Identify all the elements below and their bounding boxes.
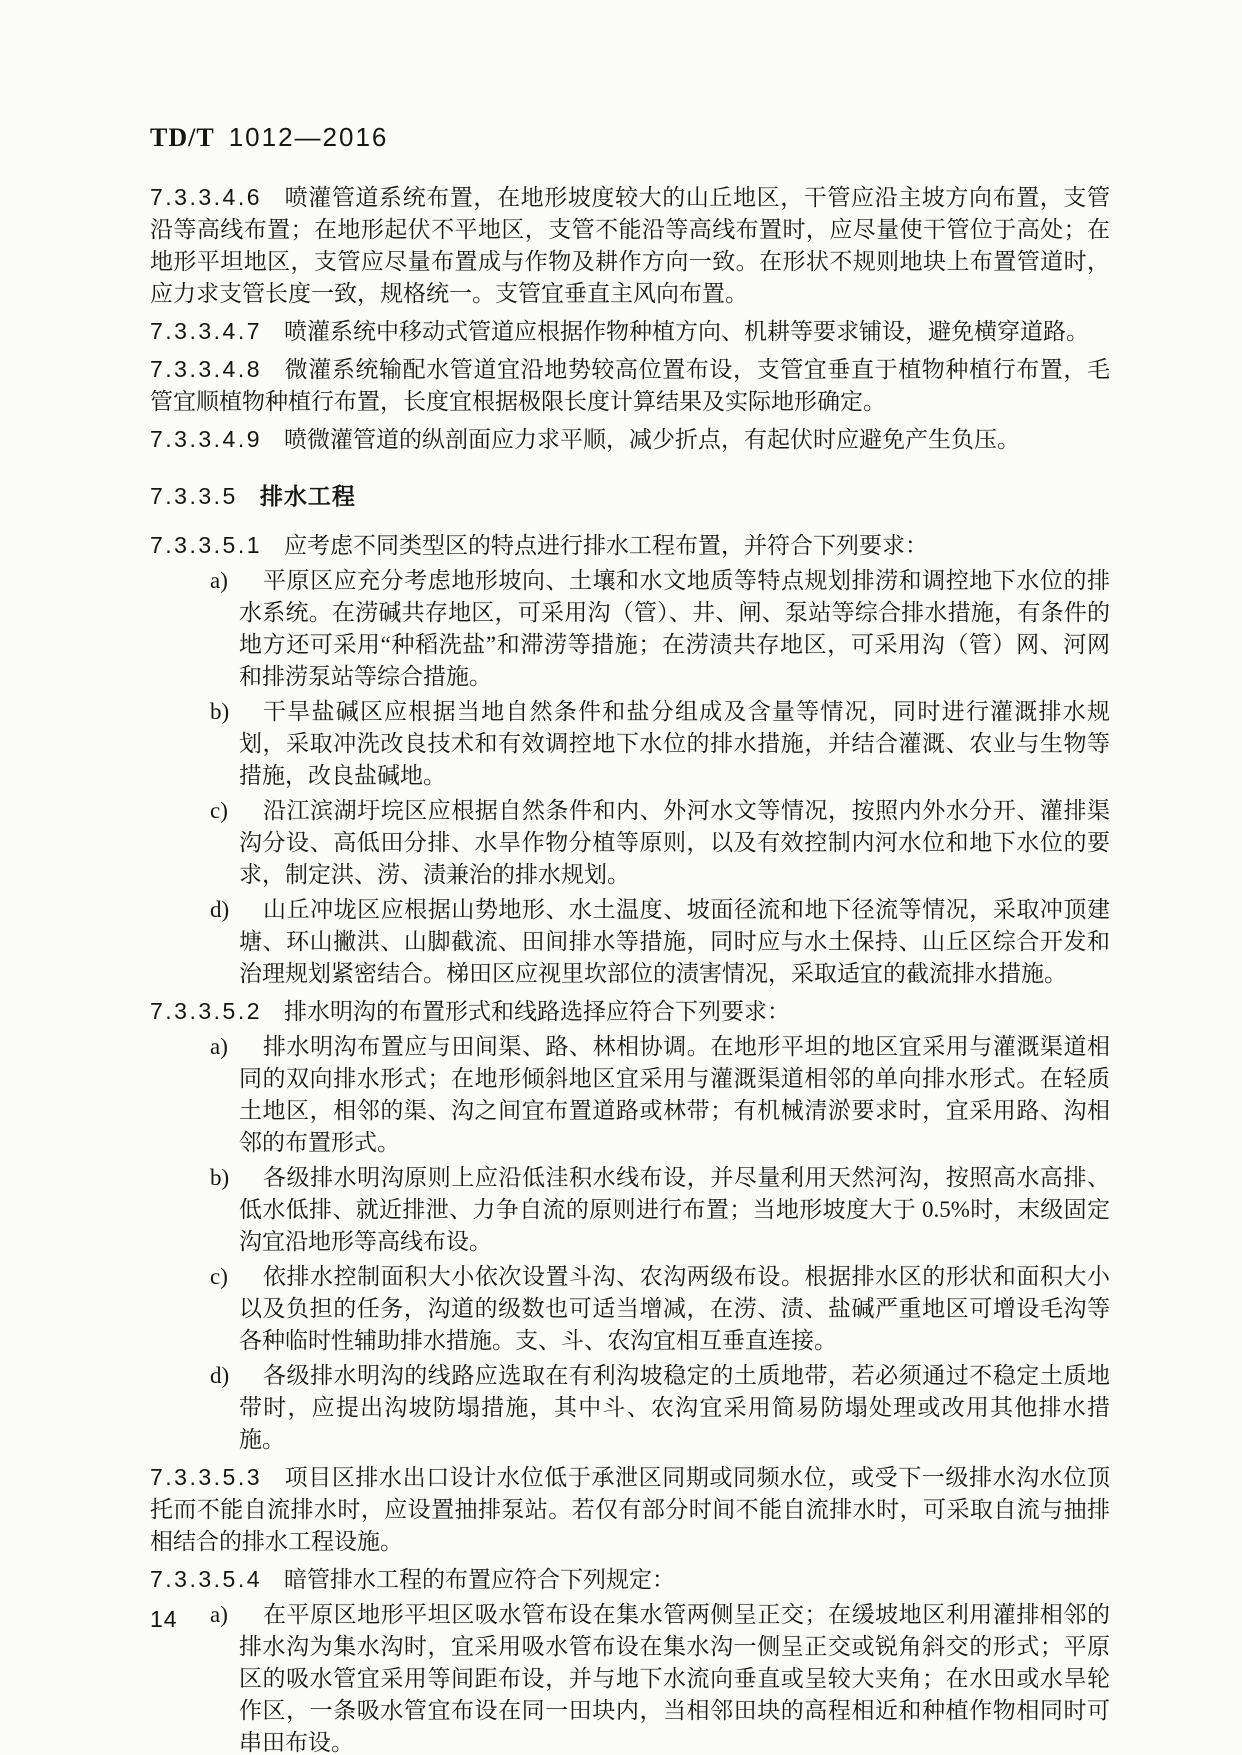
section-number: 7.3.3.4.9 <box>150 426 262 452</box>
list-item: a)排水明沟布置应与田间渠、路、林相协调。在地形平坦的地区宜采用与灌溉渠道相同的… <box>150 1031 1110 1159</box>
section-number: 7.3.3.5.2 <box>150 998 262 1024</box>
list-item-text: 各级排水明沟的线路应选取在有利沟坡稳定的土质地带，若必须通过不稳定土质地带时，应… <box>239 1363 1110 1452</box>
list-item-marker: d) <box>210 894 229 926</box>
list-item-text: 依排水控制面积大小依次设置斗沟、农沟两级布设。根据排水区的形状和面积大小以及负担… <box>239 1264 1110 1353</box>
list-item-marker: a) <box>210 1599 228 1631</box>
list-item: c)沿江滨湖圩垸区应根据自然条件和内、外河水文等情况，按照内外水分开、灌排渠沟分… <box>150 795 1110 891</box>
list-item: d)山丘冲垅区应根据山势地形、水土温度、坡面径流和地下径流等情况，采取冲顶建塘、… <box>150 894 1110 990</box>
section-paragraph: 7.3.3.5.4暗管排水工程的布置应符合下列规定： <box>150 1563 1110 1596</box>
section-number: 7.3.3.5.3 <box>150 1464 262 1490</box>
list-item: c)依排水控制面积大小依次设置斗沟、农沟两级布设。根据排水区的形状和面积大小以及… <box>150 1261 1110 1357</box>
list-item: a)平原区应充分考虑地形坡向、土壤和水文地质等特点规划排涝和调控地下水位的排水系… <box>150 565 1110 693</box>
section-text: 暗管排水工程的布置应符合下列规定： <box>284 1567 675 1592</box>
list-item-text: 干旱盐碱区应根据当地自然条件和盐分组成及含量等情况，同时进行灌溉排水规划，采取冲… <box>239 699 1110 788</box>
section-text: 排水明沟的布置形式和线路选择应符合下列要求： <box>284 999 790 1024</box>
section-text: 项目区排水出口设计水位低于承泄区同期或同频水位，或受下一级排水沟水位顶托而不能自… <box>150 1465 1110 1554</box>
section-text: 喷灌系统中移动式管道应根据作物种植方向、机耕等要求铺设，避免横穿道路。 <box>284 319 1089 344</box>
list-item-marker: b) <box>210 696 229 728</box>
list-item-marker: a) <box>210 1031 228 1063</box>
list-item-text: 排水明沟布置应与田间渠、路、林相协调。在地形平坦的地区宜采用与灌溉渠道相同的双向… <box>239 1034 1110 1155</box>
document-page: TD/T1012—2016 7.3.3.4.6喷灌管道系统布置，在地形坡度较大的… <box>0 0 1242 1755</box>
document-body: 7.3.3.4.6喷灌管道系统布置，在地形坡度较大的山丘地区，干管应沿主坡方向布… <box>150 176 1110 1755</box>
list-item: a)在平原区地形平坦区吸水管布设在集水管两侧呈正交；在缓坡地区利用灌排相邻的排水… <box>150 1599 1110 1755</box>
section-text: 喷灌管道系统布置，在地形坡度较大的山丘地区，干管应沿主坡方向布置，支管沿等高线布… <box>150 185 1110 306</box>
section-heading: 7.3.3.5排水工程 <box>150 480 1110 513</box>
section-text: 微灌系统输配水管道宜沿地势较高位置布设，支管宜垂直于植物种植行布置，毛管宜顺植物… <box>150 357 1110 414</box>
list-item-text: 山丘冲垅区应根据山势地形、水土温度、坡面径流和地下径流等情况，采取冲顶建塘、环山… <box>239 897 1110 986</box>
section-number: 7.3.3.5.1 <box>150 532 262 558</box>
section-paragraph: 7.3.3.4.9喷微灌管道的纵剖面应力求平顺，减少折点，有起伏时应避免产生负压… <box>150 423 1110 456</box>
section-text: 喷微灌管道的纵剖面应力求平顺，减少折点，有起伏时应避免产生负压。 <box>284 427 1020 452</box>
section-text: 应考虑不同类型区的特点进行排水工程布置，并符合下列要求： <box>284 533 928 558</box>
section-paragraph: 7.3.3.5.2排水明沟的布置形式和线路选择应符合下列要求： <box>150 995 1110 1028</box>
standard-number: TD/T1012—2016 <box>150 122 388 153</box>
section-number: 7.3.3.5.4 <box>150 1566 262 1592</box>
list-item-text: 在平原区地形平坦区吸水管布设在集水管两侧呈正交；在缓坡地区利用灌排相邻的排水沟为… <box>239 1602 1110 1755</box>
section-number: 7.3.3.4.8 <box>150 356 262 382</box>
list-item-text: 平原区应充分考虑地形坡向、土壤和水文地质等特点规划排涝和调控地下水位的排水系统。… <box>239 568 1110 689</box>
page-number: 14 <box>150 1606 178 1633</box>
list-item: b)干旱盐碱区应根据当地自然条件和盐分组成及含量等情况，同时进行灌溉排水规划，采… <box>150 696 1110 792</box>
section-heading-number: 7.3.3.5 <box>150 483 238 509</box>
section-heading-title: 排水工程 <box>260 484 356 509</box>
list-item-text: 沿江滨湖圩垸区应根据自然条件和内、外河水文等情况，按照内外水分开、灌排渠沟分设、… <box>239 798 1110 887</box>
list-item-text: 各级排水明沟原则上应沿低洼积水线布设，并尽量利用天然河沟，按照高水高排、低水低排… <box>239 1165 1110 1254</box>
list-item: b)各级排水明沟原则上应沿低洼积水线布设，并尽量利用天然河沟，按照高水高排、低水… <box>150 1162 1110 1258</box>
list-item-marker: b) <box>210 1162 229 1194</box>
list-item-marker: c) <box>210 1261 228 1293</box>
section-paragraph: 7.3.3.4.8微灌系统输配水管道宜沿地势较高位置布设，支管宜垂直于植物种植行… <box>150 353 1110 418</box>
section-paragraph: 7.3.3.5.1应考虑不同类型区的特点进行排水工程布置，并符合下列要求： <box>150 529 1110 562</box>
list-item-marker: c) <box>210 795 228 827</box>
section-paragraph: 7.3.3.4.6喷灌管道系统布置，在地形坡度较大的山丘地区，干管应沿主坡方向布… <box>150 181 1110 310</box>
list-item-marker: d) <box>210 1360 229 1392</box>
standard-number-label: TD/T <box>150 123 215 152</box>
list-item-marker: a) <box>210 565 228 597</box>
section-paragraph: 7.3.3.4.7喷灌系统中移动式管道应根据作物种植方向、机耕等要求铺设，避免横… <box>150 315 1110 348</box>
list-item: d)各级排水明沟的线路应选取在有利沟坡稳定的土质地带，若必须通过不稳定土质地带时… <box>150 1360 1110 1456</box>
section-number: 7.3.3.4.7 <box>150 318 262 344</box>
standard-number-code: 1012—2016 <box>229 122 389 152</box>
section-paragraph: 7.3.3.5.3项目区排水出口设计水位低于承泄区同期或同频水位，或受下一级排水… <box>150 1461 1110 1558</box>
section-number: 7.3.3.4.6 <box>150 184 262 210</box>
